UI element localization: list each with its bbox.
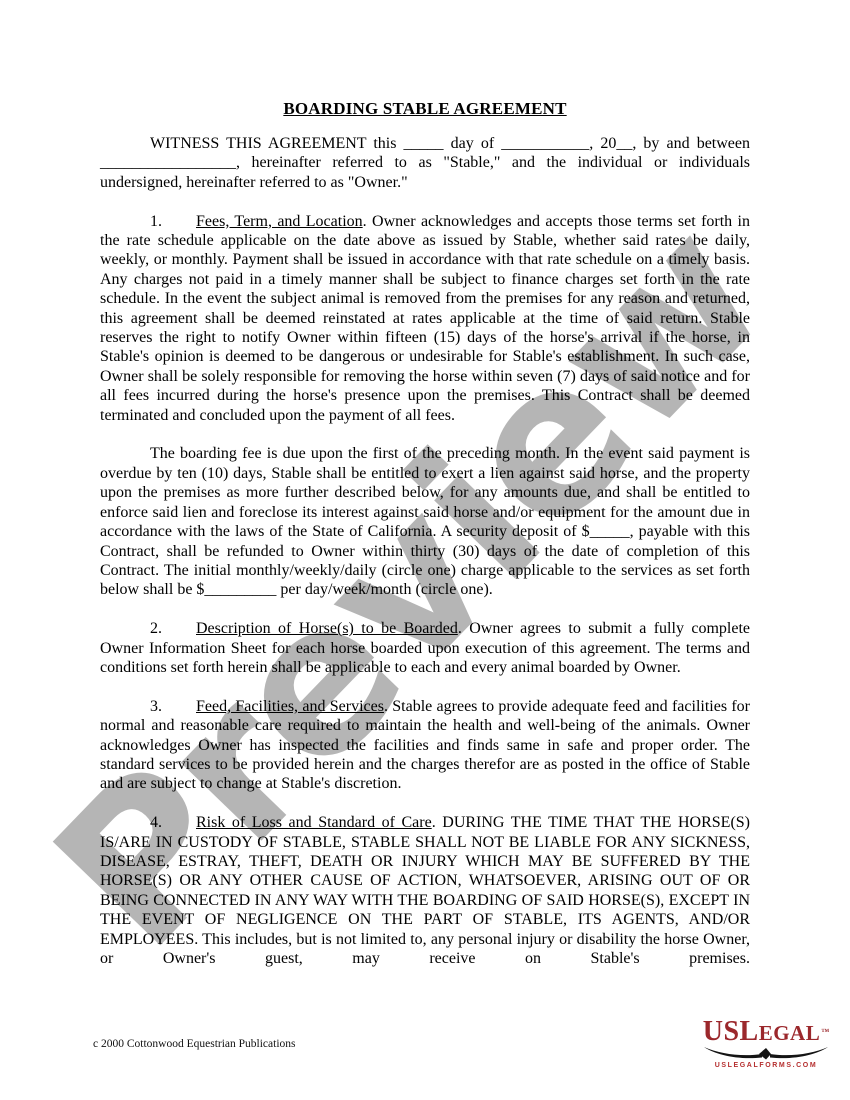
uslegalforms-url: USLEGALFORMS.COM	[696, 1062, 836, 1069]
section-2-number: 2.	[150, 620, 162, 637]
section-4-number: 4.	[150, 814, 162, 831]
section-1-number: 1.	[150, 213, 162, 230]
section-2-paragraph: 2.Description of Horse(s) to be Boarded.…	[100, 619, 750, 677]
document-title: BOARDING STABLE AGREEMENT	[100, 99, 750, 119]
section-1-paragraph: 1.Fees, Term, and Location. Owner acknow…	[100, 212, 750, 425]
section-1-body: . Owner acknowledges and accepts those t…	[100, 213, 750, 424]
section-3-number: 3.	[150, 698, 162, 715]
trademark-symbol: ™	[821, 1027, 829, 1036]
intro-text: WITNESS THIS AGREEMENT this _____ day of…	[100, 135, 750, 191]
section-3-heading: Feed, Facilities, and Services	[196, 698, 384, 715]
section-4-paragraph: 4.Risk of Loss and Standard of Care. DUR…	[100, 813, 750, 968]
eagle-wings-icon	[704, 1046, 828, 1060]
section-4-body: . DURING THE TIME THAT THE HORSE(S) IS/A…	[100, 814, 750, 967]
fee-paragraph-text: The boarding fee is due upon the first o…	[100, 445, 750, 598]
section-2-heading: Description of Horse(s) to be Boarded	[196, 620, 458, 637]
intro-paragraph: WITNESS THIS AGREEMENT this _____ day of…	[100, 134, 750, 192]
uslegal-wordmark: USLEGAL™	[696, 1018, 836, 1046]
uslegal-logo: USLEGAL™ USLEGALFORMS.COM	[696, 1018, 836, 1069]
section-1-heading: Fees, Term, and Location	[196, 213, 363, 230]
document-page: Preview BOARDING STABLE AGREEMENT WITNES…	[0, 0, 850, 1100]
document-body: BOARDING STABLE AGREEMENT WITNESS THIS A…	[100, 99, 750, 968]
section-4-heading: Risk of Loss and Standard of Care	[196, 814, 432, 831]
copyright-notice: c 2000 Cottonwood Equestrian Publication…	[93, 1038, 296, 1050]
uslegal-wordmark-large: USL	[703, 1016, 759, 1047]
uslegal-wordmark-small: EGAL	[759, 1021, 821, 1045]
section-3-paragraph: 3.Feed, Facilities, and Services. Stable…	[100, 697, 750, 794]
fee-paragraph: The boarding fee is due upon the first o…	[100, 444, 750, 599]
